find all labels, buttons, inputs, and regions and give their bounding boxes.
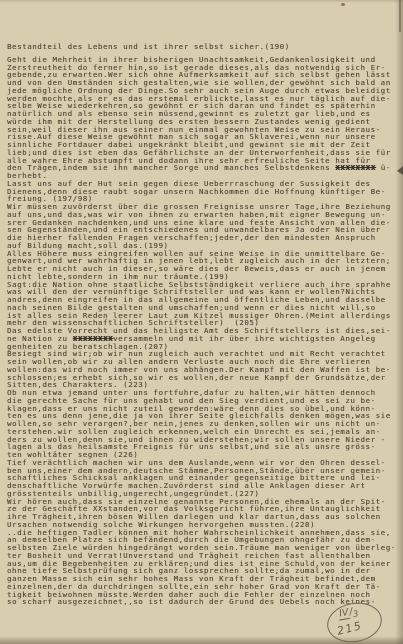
scanned-typewritten-page: { "colors": { "paper": "#d8cdae", "ink":… <box>0 0 403 644</box>
paragraph: Das edelste Vorrecht und das heiligste A… <box>7 327 401 350</box>
paragraph: Sagt:die Nation ohne staatliche Selbstst… <box>7 281 401 328</box>
paragraph: Geht die Mehrheit in ihrer bisherigen Un… <box>7 56 401 180</box>
struck-out-text: XXXXXXXX <box>335 163 375 172</box>
text-line: den Trägen,indem sie ihn mancher Sorge u… <box>7 164 401 172</box>
text-line: Bestandteil des Lebens und ist ihrer sel… <box>7 43 401 51</box>
ink-speck <box>341 3 345 6</box>
paragraph: Wir müssen zuvörderst über die grossen F… <box>7 203 401 250</box>
paragraph: Lasst uns auf der Hut sein gegen diese U… <box>7 180 401 203</box>
paragraph: Besiegt sind wir;ob wir nun zugleich auc… <box>7 350 401 389</box>
paragraph: Tief verächtlich machen wir uns dem Ausl… <box>7 459 401 498</box>
paragraph: Bestandteil des Lebens und ist ihrer sel… <box>7 43 401 51</box>
stamp-number: 215 <box>336 619 364 638</box>
stamp-fraction: IV/3 <box>337 605 359 619</box>
scan-border-line <box>399 0 401 32</box>
document-text: Bestandteil des Lebens und ist ihrer sel… <box>7 43 401 606</box>
paragraph: Wir hören auch,dass sie einzelne genannt… <box>7 498 401 529</box>
paragraph: Ob nun etwa jemand unter uns fortfuhre,d… <box>7 389 401 459</box>
paragraph: Alles Höhere muss eingreifen wollen auf … <box>7 250 401 281</box>
paragraph: ..die heftigen Tadler können mit hoher W… <box>7 529 401 607</box>
